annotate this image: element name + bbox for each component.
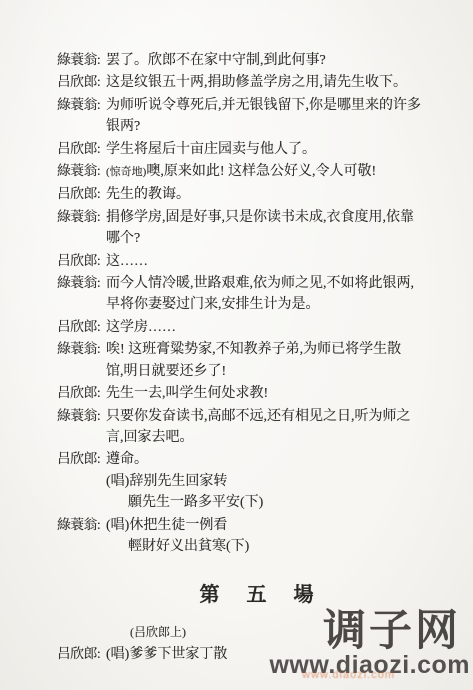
dialogue-text-body: 为师听说令尊死后,并无银钱留下,你是哪里来的许多 — [106, 98, 421, 113]
speaker-name: 綠蓑翁: — [57, 272, 106, 293]
speaker-name: 吕欣郎: — [57, 643, 106, 664]
speaker-name: 綠蓑翁: — [57, 405, 106, 426]
dialogue-line: 綠蓑翁: 而今人情冷暖,世路艰难,依为师之见,不如将此银两, — [57, 272, 467, 294]
dialogue-line: 早将你妻娶过门来,安排生计为是。 — [57, 294, 467, 315]
dialogue-text-body: 学生将屋后十亩庄园卖与他人了。 — [106, 142, 316, 157]
watermark-artifact: www.diaozi.com — [302, 669, 395, 681]
dialogue-line: 吕欣郎: 先生的教诲。 — [57, 183, 467, 205]
dialogue-text: 馆,明日就要还乡了! — [106, 361, 467, 382]
dialogue-line: 言,回家去吧。 — [57, 427, 467, 448]
dialogue-text: 願先生一路多平安(下) — [106, 492, 467, 513]
dialogue-text: 捐修学房,固是好事,只是你读书未成,衣食度用,依靠 — [106, 207, 467, 228]
dialogue-line: 吕欣郎: 先生一去,叫学生何处求教! — [57, 382, 467, 404]
speaker-name: 吕欣郎: — [57, 382, 106, 403]
dialogue-text-body: 遵命。 — [106, 452, 148, 467]
dialogue-text: 为师听说令尊死后,并无银钱留下,你是哪里来的许多 — [106, 95, 467, 116]
dialogue-line: 馆,明日就要还乡了! — [57, 361, 467, 382]
dialogue-text-body: (唱)休把生徒一例看 — [106, 518, 227, 533]
dialogue-line: 吕欣郎: 这学房…… — [57, 316, 467, 338]
dialogue-text: 言,回家去吧。 — [106, 427, 467, 448]
dialogue-text-body: (唱)爹爹下世家丁散 — [106, 647, 227, 662]
dialogue-text-body: 而今人情冷暖,世路艰难,依为师之见,不如将此银两, — [106, 276, 414, 291]
dialogue-line: 银两? — [57, 116, 467, 137]
dialogue-text-body: 罢了。欣郎不在家中守制,到此何事? — [106, 53, 326, 68]
dialogue-text: 这学房…… — [106, 317, 467, 338]
dialogue-line: 吕欣郎: 学生将屋后十亩庄园卖与他人了。 — [57, 138, 467, 160]
dialogue-text-body: 捐修学房,固是好事,只是你读书未成,衣食度用,依靠 — [106, 210, 414, 225]
dialogue-text: 先生的教诲。 — [106, 184, 467, 205]
dialogue-text: (唱)辞别先生回家转 — [106, 471, 467, 492]
dialogue-text: 哪个? — [106, 228, 467, 249]
speaker-name: 吕欣郎: — [57, 138, 106, 159]
speaker-name: 吕欣郎: — [57, 183, 106, 204]
dialogue-line: 吕欣郎: 这…… — [57, 250, 467, 272]
dialogue-line: 綠蓑翁: 捐修学房,固是好事,只是你读书未成,衣食度用,依靠 — [57, 206, 467, 228]
dialogue-line: 綠蓑翁: (唱)休把生徒一例看 — [57, 514, 467, 536]
page-content: 綠蓑翁: 罢了。欣郎不在家中守制,到此何事? 吕欣郎: 这是纹银五十两,捐助修盖… — [57, 49, 467, 666]
dialogue-text-body: 唉! 这班膏粱势家,不知教养子弟,为师已将学生散 — [106, 342, 401, 357]
dialogue-text-body: (唱)辞别先生回家转 — [106, 474, 227, 489]
dialogue-line: 願先生一路多平安(下) — [57, 492, 467, 513]
dialogue-text: 银两? — [106, 116, 467, 137]
dialogue-text: 先生一去,叫学生何处求教! — [106, 383, 467, 404]
dialogue-text-body: 只要你发奋读书,高邮不远,还有相见之日,听为师之 — [106, 409, 411, 424]
dialogue-text-body: 輕財好义出貧寒(下) — [128, 539, 249, 554]
dialogue-text: 这…… — [106, 251, 467, 272]
dialogue-text-body: 噢,原来如此! 这样急公好义,令人可敬! — [146, 164, 376, 179]
dialogue-line: 綠蓑翁: 只要你发奋读书,高邮不远,还有相见之日,听为师之 — [57, 405, 467, 427]
dialogue-text: 罢了。欣郎不在家中守制,到此何事? — [106, 50, 467, 71]
speaker-name: 綠蓑翁: — [57, 94, 106, 115]
speaker-name: 綠蓑翁: — [57, 514, 106, 535]
dialogue-text-body: 早将你妻娶过门来,安排生计为是。 — [106, 297, 320, 312]
dialogue-text: (唱)休把生徒一例看 — [106, 515, 467, 536]
dialogue-text: 唉! 这班膏粱势家,不知教养子弟,为师已将学生散 — [106, 339, 467, 360]
dialogue-text-body: 银两? — [106, 119, 140, 134]
dialogue-text-body: 先生的教诲。 — [106, 187, 190, 202]
dialogue-text: 学生将屋后十亩庄园卖与他人了。 — [106, 139, 467, 160]
dialogue-text: (惊奇地)噢,原来如此! 这样急公好义,令人可敬! — [106, 161, 467, 183]
dialogue-text-body: 这…… — [106, 254, 148, 269]
dialogue-text-body: 这是纹银五十两,捐助修盖学房之用,请先生收下。 — [106, 75, 407, 90]
speaker-name: 吕欣郎: — [57, 316, 106, 337]
dialogue-text: 輕財好义出貧寒(下) — [106, 536, 467, 557]
speaker-name: 綠蓑翁: — [57, 49, 106, 70]
dialogue-text-body: 願先生一路多平安(下) — [128, 495, 263, 510]
dialogue-text-body: 这学房…… — [106, 320, 176, 335]
speaker-name: 綠蓑翁: — [57, 338, 106, 359]
dialogue-text: 而今人情冷暖,世路艰难,依为师之见,不如将此银两, — [106, 273, 467, 294]
dialogue-text: 只要你发奋读书,高邮不远,还有相见之日,听为师之 — [106, 406, 467, 427]
speaker-name: 吕欣郎: — [57, 448, 106, 469]
dialogue-text: 早将你妻娶过门来,安排生计为是。 — [106, 294, 467, 315]
dialogue-line: 輕財好义出貧寒(下) — [57, 536, 467, 557]
dialogue-text: 这是纹银五十两,捐助修盖学房之用,请先生收下。 — [106, 72, 467, 93]
dialogue-line: 綠蓑翁: 为师听说令尊死后,并无银钱留下,你是哪里来的许多 — [57, 94, 467, 116]
speaker-name: 綠蓑翁: — [57, 160, 106, 181]
dialogue-line: 哪个? — [57, 228, 467, 249]
watermark-site-name: 调子网 — [323, 597, 461, 658]
dialogue-line: 綠蓑翁: (惊奇地)噢,原来如此! 这样急公好义,令人可敬! — [57, 160, 467, 183]
dialogue-line: 綠蓑翁: 唉! 这班膏粱势家,不知教养子弟,为师已将学生散 — [57, 338, 467, 360]
stage-note: (惊奇地) — [106, 166, 146, 178]
dialogue-line: 吕欣郎: 这是纹银五十两,捐助修盖学房之用,请先生收下。 — [57, 71, 467, 93]
dialogue-text-body: 先生一去,叫学生何处求教! — [106, 386, 268, 401]
dialogue-text-body: 哪个? — [106, 231, 140, 246]
dialogue-line: 綠蓑翁: 罢了。欣郎不在家中守制,到此何事? — [57, 49, 467, 71]
speaker-name: 吕欣郎: — [57, 250, 106, 271]
dialogue-text-body: 言,回家去吧。 — [106, 430, 194, 445]
speaker-name: 吕欣郎: — [57, 71, 106, 92]
dialogue-line: 吕欣郎: 遵命。 — [57, 448, 467, 470]
dialogue-list: 綠蓑翁: 罢了。欣郎不在家中守制,到此何事? 吕欣郎: 这是纹银五十两,捐助修盖… — [57, 49, 467, 557]
scanned-script-page: 綠蓑翁: 罢了。欣郎不在家中守制,到此何事? 吕欣郎: 这是纹银五十两,捐助修盖… — [0, 0, 473, 690]
dialogue-line: (唱)辞别先生回家转 — [57, 471, 467, 492]
dialogue-text-body: 馆,明日就要还乡了! — [106, 364, 226, 379]
speaker-name: 綠蓑翁: — [57, 206, 106, 227]
dialogue-text: 遵命。 — [106, 449, 467, 470]
